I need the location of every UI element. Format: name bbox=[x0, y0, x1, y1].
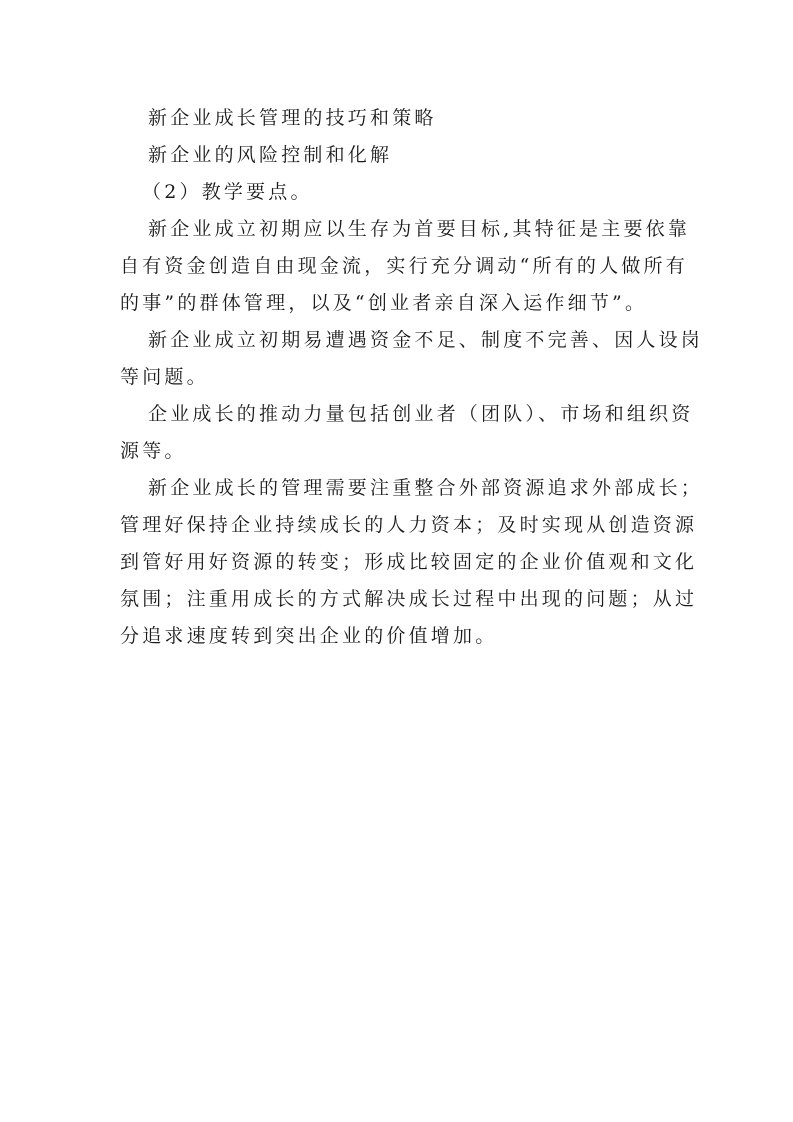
paragraph: 新企业成长的管理需要注重整合外部资源追求外部成长； 管理好保持企业持续成长的人力… bbox=[120, 470, 673, 655]
paragraph-line: 自有资金创造自由现金流，实行充分调动“所有的人做所有 bbox=[120, 248, 673, 285]
paragraph-line: 新企业成立初期易遭遇资金不足、制度不完善、因人设岗 bbox=[120, 322, 673, 359]
paragraph-line: 新企业成长的管理需要注重整合外部资源追求外部成长； bbox=[120, 470, 673, 507]
paragraph-line: 源等。 bbox=[120, 433, 673, 470]
paragraph: 企业成长的推动力量包括创业者（团队）、市场和组织资 源等。 bbox=[120, 396, 673, 470]
paragraph-line: 管理好保持企业持续成长的人力资本；及时实现从创造资源 bbox=[120, 507, 673, 544]
paragraph: 新企业成立初期易遭遇资金不足、制度不完善、因人设岗 等问题。 bbox=[120, 322, 673, 396]
paragraph: 新企业成立初期应以生存为首要目标,其特征是主要依靠 自有资金创造自由现金流，实行… bbox=[120, 211, 673, 322]
list-item: 新企业成长管理的技巧和策略 bbox=[120, 100, 673, 137]
paragraph-line: 的事”的群体管理，以及“创业者亲自深入运作细节”。 bbox=[120, 285, 673, 322]
paragraph-line: 分追求速度转到突出企业的价值增加。 bbox=[120, 618, 673, 655]
document-page: 新企业成长管理的技巧和策略 新企业的风险控制和化解 （2）教学要点。 新企业成立… bbox=[120, 100, 673, 655]
paragraph-line: 到管好用好资源的转变；形成比较固定的企业价值观和文化 bbox=[120, 544, 673, 581]
section-heading: （2）教学要点。 bbox=[120, 174, 673, 211]
paragraph-line: 新企业成立初期应以生存为首要目标,其特征是主要依靠 bbox=[120, 211, 673, 248]
paragraph-line: 氛围；注重用成长的方式解决成长过程中出现的问题；从过 bbox=[120, 581, 673, 618]
paragraph-line: 等问题。 bbox=[120, 359, 673, 396]
list-item: 新企业的风险控制和化解 bbox=[120, 137, 673, 174]
paragraph-line: 企业成长的推动力量包括创业者（团队）、市场和组织资 bbox=[120, 396, 673, 433]
